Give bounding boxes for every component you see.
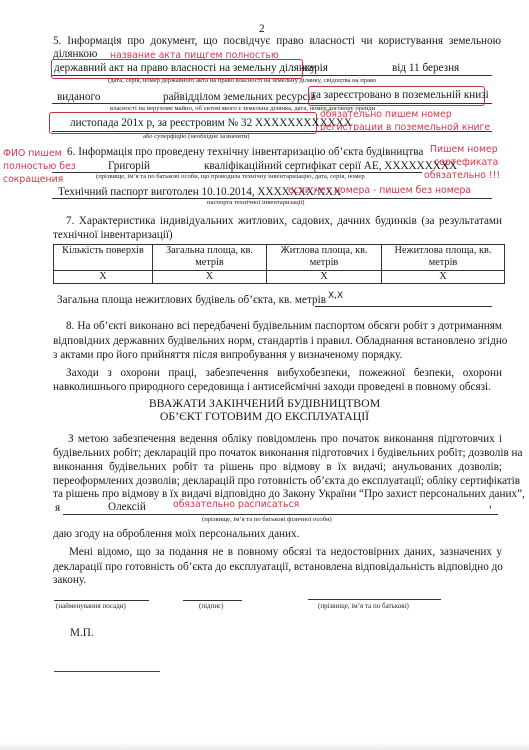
section8-line-2: відповідних державних будівельних норм, … bbox=[53, 334, 502, 348]
conclusion-title-2: ОБ’ЄКТ ГОТОВИМ ДО ЕКСПЛУАТАЦІЇ bbox=[0, 410, 529, 423]
consent-line-4: переоформлених дозволів; декларацій про … bbox=[53, 474, 502, 488]
section7-heading: 7. Характеристика індивідуальних житлови… bbox=[66, 214, 502, 228]
cell-total-area: Х bbox=[153, 271, 267, 284]
page-edge-shadow bbox=[0, 742, 529, 750]
cell-nonliving-area: Х bbox=[382, 271, 505, 284]
consent-ya: я bbox=[55, 502, 60, 515]
header-nonliving-area: Нежитлова площа, кв. метрів bbox=[382, 245, 505, 271]
signature-line bbox=[183, 600, 242, 601]
consent-agree: даю згоду на оброблення моїх персональни… bbox=[53, 528, 299, 541]
liability-line-1: Мені відомо, що за подання не в повному … bbox=[69, 545, 502, 559]
inventory-person: Григорій bbox=[108, 160, 150, 173]
section8-line-1: 8. На об’єкті виконано всі передбачені б… bbox=[66, 319, 502, 333]
consent-name: Олексій bbox=[108, 501, 146, 514]
annotation-passport: если нет номера - пишем без номера bbox=[288, 185, 471, 196]
liability-line-2: декларації про готовність об’єкта до екс… bbox=[53, 560, 502, 574]
table-row: Х Х Х Х bbox=[54, 271, 505, 284]
consent-line-2: будівельних робіт; декларацій про почато… bbox=[53, 446, 502, 460]
annotation-sign: обязательно расписаться bbox=[173, 499, 299, 510]
header-floors: Кількість поверхів bbox=[54, 245, 153, 271]
safety-line-1: Заходи з охорони праці, забезпечення виб… bbox=[66, 366, 502, 380]
consent-line-1: З метою забезпечення ведення обліку пові… bbox=[68, 432, 502, 446]
issuer-value: райвідділом земельних ресурсів bbox=[163, 91, 316, 104]
consent-line-3: виконання будівельних робіт та рішень пр… bbox=[53, 460, 502, 474]
registered-value: та зареєстровано в поземельній книзі bbox=[311, 89, 489, 102]
issued-label: виданого bbox=[57, 91, 100, 104]
header-total-area: Загальна площа, кв. метрів bbox=[153, 245, 267, 271]
liability-line-3: закону. bbox=[53, 574, 86, 587]
caption-superficies: або суперфіцію (необхідне зазначити) bbox=[143, 133, 250, 141]
fullname-signature-line bbox=[308, 599, 441, 600]
position-signature-line bbox=[54, 600, 149, 601]
nonresidential-label: Загальна площа нежитлових будівель об’єк… bbox=[57, 294, 326, 307]
section7-heading-cont: технічної інвентаризації) bbox=[53, 229, 173, 242]
annotation-registry-1: обязательно пишем номер bbox=[320, 109, 452, 120]
caption-fullname: (прізвище, ім’я та по батькові) bbox=[318, 602, 409, 610]
annotation-registry-2: регистрации в поземельной книге bbox=[320, 122, 490, 133]
header-living-area: Житлова площа, кв. метрів bbox=[267, 245, 382, 271]
section8-line-3: з актами про його прийняття після випроб… bbox=[53, 349, 402, 362]
annotation-cert-1: Пишем номер bbox=[430, 144, 498, 155]
safety-line-2: навколишнього природного середовища і ан… bbox=[53, 381, 491, 394]
caption-act: (дата, серія, номер державного акта на п… bbox=[108, 77, 376, 85]
series-label: серія bbox=[304, 62, 328, 75]
caption-inventory-person: (прізвище, ім’я та по батькові особи, що… bbox=[96, 173, 365, 181]
certificate-value: кваліфікаційний сертифікат серії АЕ, ХХХ… bbox=[204, 160, 457, 173]
nonresidential-value: Х,Х bbox=[328, 291, 343, 301]
act-name-value: державний акт на право власності на земе… bbox=[54, 62, 316, 75]
section5-heading: 5. Інформація про документ, що посвідчує… bbox=[53, 34, 501, 48]
cell-floors: Х bbox=[54, 271, 153, 284]
registry-number-value: листопада 201х р, за реєстровим № 32 ХХХ… bbox=[70, 117, 352, 130]
cell-living-area: Х bbox=[267, 271, 382, 284]
caption-person-name: (прізвище, ім’я та по батькові фізичної … bbox=[202, 516, 332, 524]
table-header-row: Кількість поверхів Загальна площа, кв. м… bbox=[54, 245, 505, 271]
caption-signature: (підпис) bbox=[199, 602, 224, 610]
act-date: від 11 березня bbox=[392, 62, 459, 75]
caption-position: (найменування посади) bbox=[56, 602, 126, 610]
consent-comma: , bbox=[489, 498, 492, 511]
caption-passport: паспорта технічної інвентаризації) bbox=[207, 199, 304, 207]
stamp-label: М.П. bbox=[70, 627, 94, 640]
building-characteristics-table: Кількість поверхів Загальна площа, кв. м… bbox=[53, 244, 505, 284]
bottom-rule bbox=[54, 671, 160, 672]
